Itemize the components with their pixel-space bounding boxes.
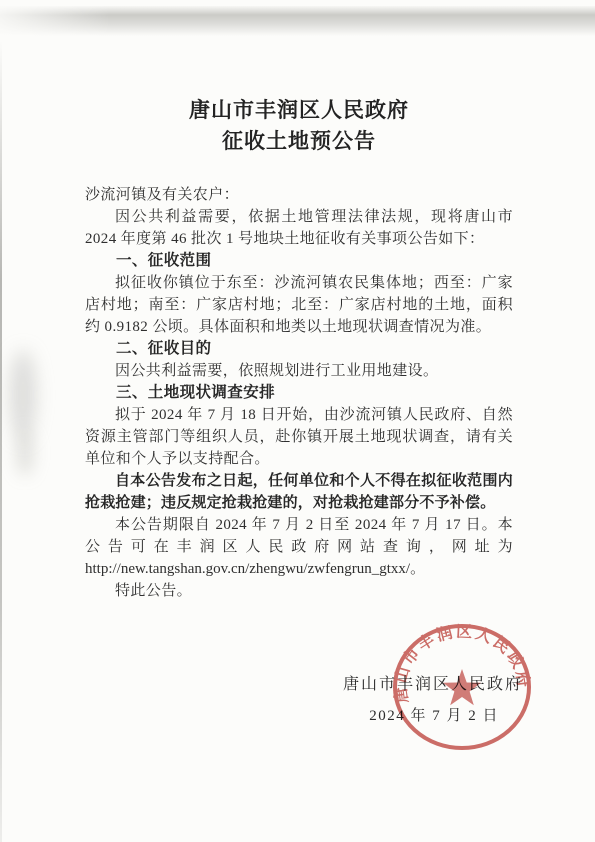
section-2-body: 因公共利益需要，依照规划进行工业用地建设。	[85, 360, 513, 382]
website-url: http://new.tangshan.gov.cn/zhengwu/zwfen…	[85, 561, 425, 577]
closing-phrase: 特此公告。	[85, 580, 513, 602]
signature-block: 唐山市丰润区人民政府 2024 年 7 月 2 日	[85, 674, 513, 727]
scanned-notice-page: 唐山市丰润区人民政府 征收土地预公告 沙流河镇及有关农户： 因公共利益需要，依据…	[0, 0, 595, 842]
section-2-heading: 二、征收目的	[85, 338, 513, 360]
salutation: 沙流河镇及有关农户：	[85, 184, 513, 206]
signature-issuer: 唐山市丰润区人民政府	[85, 674, 523, 696]
validity-text: 本公告期限自 2024 年 7 月 2 日至 2024 年 7 月 17 日。本…	[85, 517, 513, 555]
notice-title-line: 征收土地预公告	[85, 126, 513, 157]
section-3-body: 拟于 2024 年 7 月 18 日开始，由沙流河镇人民政府、自然资源主管部门等…	[85, 404, 513, 470]
document-body: 沙流河镇及有关农户： 因公共利益需要，依据土地管理法律法规，现将唐山市 2024…	[85, 184, 513, 727]
section-1-heading: 一、征收范围	[85, 250, 513, 272]
scan-smudge	[10, 350, 36, 440]
section-1-body: 拟征收你镇位于东至：沙流河镇农民集体地；西至：广家店村地；南至：广家店村地；北至…	[85, 272, 513, 338]
scan-smudge	[16, 430, 34, 476]
scanner-shadow-fade	[0, 6, 110, 36]
warning-paragraph: 自本公告发布之日起，任何单位和个人不得在拟征收范围内抢栽抢建；违反规定抢栽抢建的…	[85, 470, 513, 514]
page-left-edge-line	[0, 40, 2, 842]
signature-date: 2024 年 7 月 2 日	[85, 705, 499, 727]
section-3-heading: 三、土地现状调查安排	[85, 382, 513, 404]
scanner-shadow-band	[0, 6, 595, 36]
intro-paragraph: 因公共利益需要，依据土地管理法律法规，现将唐山市 2024 年度第 46 批次 …	[85, 206, 513, 250]
validity-paragraph: 本公告期限自 2024 年 7 月 2 日至 2024 年 7 月 17 日。本…	[85, 514, 513, 580]
document-content: 唐山市丰润区人民政府 征收土地预公告 沙流河镇及有关农户： 因公共利益需要，依据…	[85, 95, 513, 727]
document-title: 唐山市丰润区人民政府 征收土地预公告	[85, 95, 513, 157]
issuer-title-line: 唐山市丰润区人民政府	[85, 95, 513, 126]
